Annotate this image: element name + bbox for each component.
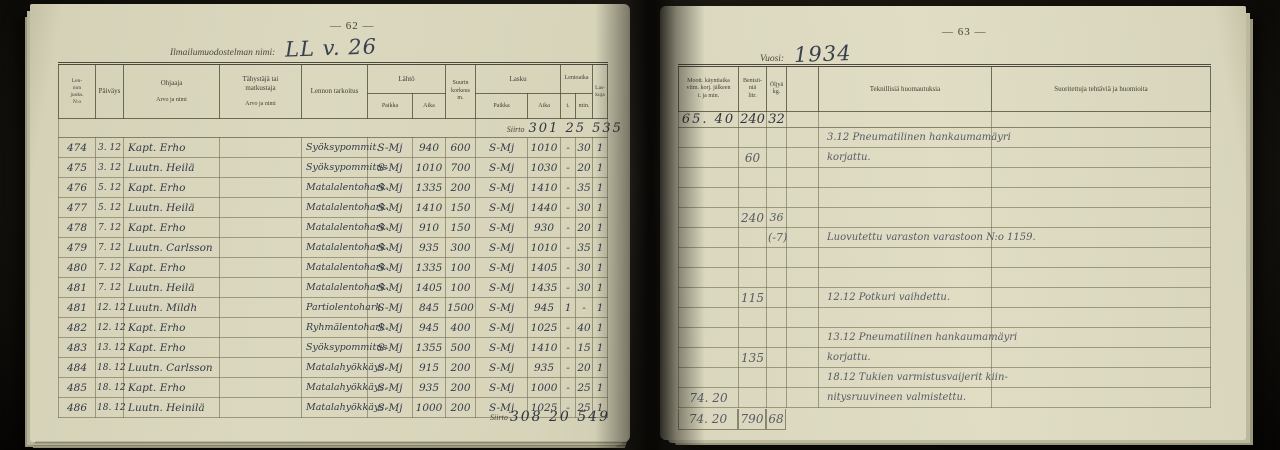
header-hours: t. <box>561 94 576 119</box>
cell-spacer <box>787 128 819 148</box>
cell-engine-time <box>679 288 739 308</box>
cell-purpose: Syöksypommitus <box>302 158 368 178</box>
cell-landing-time: 1410 <box>528 338 561 358</box>
cell-departure-time: 1405 <box>413 278 446 298</box>
flight-log-row: 481 12. 12 Luutn. Mildh Partiolentohark.… <box>59 298 608 318</box>
header-landing-group: Lasku <box>476 64 561 94</box>
carried-forward-row: Siirto 301 25 535 <box>59 119 608 138</box>
cell-tech-remark <box>819 188 992 208</box>
header-departure-place: Paikka <box>368 94 413 119</box>
cell-date: 7. 12 <box>96 278 124 298</box>
cell-hours: - <box>561 198 576 218</box>
cell-purpose: Matalalentohark. <box>302 178 368 198</box>
cell-observer <box>220 138 302 158</box>
cell-minutes: 20 <box>576 158 593 178</box>
cell-observer <box>220 218 302 238</box>
cell-observer <box>220 338 302 358</box>
cell-tech-remark: nitysruuvineen valmistettu. <box>819 388 992 408</box>
cell-departure-time: 940 <box>413 138 446 158</box>
siirto-label-cell: Siirto <box>476 119 528 138</box>
cell-purpose: Partiolentohark. <box>302 298 368 318</box>
header-landing-time: Aika <box>528 94 561 119</box>
cell-tech-remark: korjattu. <box>819 348 992 368</box>
cell-departure-time: 910 <box>413 218 446 238</box>
cell-tasks <box>992 268 1211 288</box>
header-flight-no: Len- non juoks. N:o <box>59 64 96 119</box>
cell-tasks <box>992 308 1211 328</box>
cell-pilot: Luutn. Carlsson <box>124 238 220 258</box>
cell-oil <box>767 148 787 168</box>
cell-pilot: Kapt. Erho <box>124 378 220 398</box>
cell-minutes: 30 <box>576 278 593 298</box>
total-fuel: 790 <box>738 409 766 430</box>
cell-minutes: - <box>576 298 593 318</box>
cell-fuel <box>739 308 767 328</box>
cell-purpose: Matalalentohark. <box>302 278 368 298</box>
cell-purpose: Matalalentohark. <box>302 218 368 238</box>
cell-flight-number: 480 <box>59 258 96 278</box>
engine-log-row: 18.12 Tukien varmistusvaijerit kiin- <box>679 368 1211 388</box>
cell-observer <box>220 358 302 378</box>
cell-date: 3. 12 <box>96 138 124 158</box>
header-landing-place: Paikka <box>476 94 528 119</box>
cell-tasks <box>992 328 1211 348</box>
cell-pilot: Luutn. Heilä <box>124 278 220 298</box>
flight-log-row: 479 7. 12 Luutn. Carlsson Matalalentohar… <box>59 238 608 258</box>
siirto-value-cell: 301 25 535 <box>528 119 608 138</box>
cell-landings: 1 <box>593 298 608 318</box>
cell-landings: 1 <box>593 198 608 218</box>
cell-landings: 1 <box>593 258 608 278</box>
cell-tech-remark: korjattu. <box>819 148 992 168</box>
cell-observer <box>220 298 302 318</box>
header-observer-main: Tähystäjä tai matkustaja <box>221 75 300 93</box>
engine-log-row <box>679 308 1211 328</box>
cell-engine-time <box>679 228 739 248</box>
cell-tasks <box>992 148 1211 168</box>
engine-first-row: 65. 40 240 32 <box>679 112 1211 128</box>
logbook-photo: — 62 — Ilmailumuodostelman nimi:LL v. 26… <box>0 0 1280 450</box>
cell-date: 12. 12 <box>96 318 124 338</box>
cell-oil <box>767 248 787 268</box>
cell-oil <box>767 288 787 308</box>
cell-flight-number: 478 <box>59 218 96 238</box>
cell-oil <box>767 128 787 148</box>
engine-log-row: 74. 20 nitysruuvineen valmistettu. <box>679 388 1211 408</box>
cell-altitude: 150 <box>446 218 476 238</box>
cell-pilot: Kapt. Erho <box>124 178 220 198</box>
cell-tech-remark: 3.12 Pneumatilinen hankaumamäyri <box>819 128 992 148</box>
cell-spacer <box>787 188 819 208</box>
cell-pilot: Kapt. Erho <box>124 318 220 338</box>
formation-name-handwritten: LL v. 26 <box>285 34 378 61</box>
engine-log-row: (-7) Luovutettu varaston varastoon N:o 1… <box>679 228 1211 248</box>
cell-fuel <box>739 268 767 288</box>
cell-pilot: Luutn. Heilä <box>124 158 220 178</box>
header-minutes: min. <box>576 94 593 119</box>
cell-landings: 1 <box>593 158 608 178</box>
cell-minutes: 35 <box>576 238 593 258</box>
formation-name-line: Ilmailumuodostelman nimi:LL v. 26 <box>170 44 377 60</box>
cell-purpose: Matalahyökkäys. <box>302 398 368 418</box>
cell-landing-time: 930 <box>528 218 561 238</box>
header-oil: Öljyä kg. <box>767 66 787 112</box>
cell-minutes: 30 <box>576 198 593 218</box>
cell-altitude: 200 <box>446 178 476 198</box>
header-landings: Las- kuja <box>593 64 608 119</box>
header-pilot-main: Ohjaaja <box>125 79 218 88</box>
cell-departure-time: 915 <box>413 358 446 378</box>
engine-log-row: 3.12 Pneumatilinen hankaumamäyri <box>679 128 1211 148</box>
cell-landing-time: 1030 <box>528 158 561 178</box>
cell-fuel <box>739 228 767 248</box>
cell-minutes: 35 <box>576 178 593 198</box>
cell-hours: - <box>561 158 576 178</box>
cell-date: 3. 12 <box>96 158 124 178</box>
cell-engine-time <box>679 268 739 288</box>
engine-log-row <box>679 248 1211 268</box>
cell-landing-place: S-Mj <box>476 278 528 298</box>
cell-hours: - <box>561 278 576 298</box>
cell-flight-number: 476 <box>59 178 96 198</box>
cell-minutes: 30 <box>576 258 593 278</box>
cell-landing-time: 1440 <box>528 198 561 218</box>
engine-log-table: Moott. käyntiaika viim. korj. jälkeen t.… <box>678 64 1211 408</box>
flight-log-row: 483 13. 12 Kapt. Erho Syöksypommitus S-M… <box>59 338 608 358</box>
header-pilot-sub: Arvo ja nimi <box>125 97 218 105</box>
cell-landing-time: 935 <box>528 358 561 378</box>
cell-altitude: 150 <box>446 198 476 218</box>
cell-engine-time <box>679 128 739 148</box>
cell-landings: 1 <box>593 138 608 158</box>
cell-fuel: 115 <box>739 288 767 308</box>
cell-hours: - <box>561 138 576 158</box>
cell-tasks <box>992 288 1211 308</box>
cell-observer <box>220 198 302 218</box>
cell-departure-time: 1000 <box>413 398 446 418</box>
engine-log-row <box>679 268 1211 288</box>
cell-fuel: 240 <box>739 112 767 128</box>
cell-engine-time <box>679 208 739 228</box>
cell-altitude: 100 <box>446 258 476 278</box>
cell-altitude: 1500 <box>446 298 476 318</box>
cell-fuel: 135 <box>739 348 767 368</box>
engine-log-body: 65. 40 240 32 3.12 Pneumatilinen hankaum… <box>679 112 1211 408</box>
flight-log-body: Siirto 301 25 535 474 3. 12 Kapt. Erho S… <box>59 119 608 418</box>
cell-hours: - <box>561 338 576 358</box>
cell-minutes: 30 <box>576 138 593 158</box>
cell-spacer <box>787 168 819 188</box>
cell-departure-time: 1335 <box>413 178 446 198</box>
engine-log-row: 60 korjattu. <box>679 148 1211 168</box>
cell-landing-place: S-Mj <box>476 138 528 158</box>
cell-landing-place: S-Mj <box>476 238 528 258</box>
cell-date: 7. 12 <box>96 258 124 278</box>
cell-fuel <box>739 128 767 148</box>
header-tasks: Suoritettuja tehtäviä ja huomioita <box>992 66 1211 112</box>
cell-altitude: 500 <box>446 338 476 358</box>
cell-landings: 1 <box>593 358 608 378</box>
flight-log-row: 484 18. 12 Luutn. Carlsson Matalahyökkäy… <box>59 358 608 378</box>
page-stack-edges <box>33 441 628 448</box>
total-oil: 68 <box>766 409 786 430</box>
flight-log-row: 481 7. 12 Luutn. Heilä Matalalentohark. … <box>59 278 608 298</box>
cell-flight-number: 481 <box>59 278 96 298</box>
header-spacer <box>787 66 819 112</box>
cell-departure-time: 945 <box>413 318 446 338</box>
flight-log-row: 485 18. 12 Kapt. Erho Matalahyökkäys. S-… <box>59 378 608 398</box>
cell-purpose: Matalalentohark. <box>302 198 368 218</box>
cell-landing-time: 1435 <box>528 278 561 298</box>
cell-tech-remark <box>819 308 992 328</box>
cell-departure-time: 935 <box>413 378 446 398</box>
cell-landing-place: S-Mj <box>476 358 528 378</box>
cell-spacer <box>787 288 819 308</box>
engine-log-header: Moott. käyntiaika viim. korj. jälkeen t.… <box>679 66 1211 112</box>
cell-fuel <box>739 168 767 188</box>
cell-hours: - <box>561 378 576 398</box>
cell-purpose: Matalahyökkäys. <box>302 358 368 378</box>
engine-log-row: 135 korjattu. <box>679 348 1211 368</box>
cell-hours: - <box>561 358 576 378</box>
cell-departure-time: 935 <box>413 238 446 258</box>
cell-landing-time: 1010 <box>528 138 561 158</box>
engine-log-row: 240 36 <box>679 208 1211 228</box>
cell-engine-time <box>679 168 739 188</box>
cell-spacer <box>787 348 819 368</box>
cell-departure-time: 1335 <box>413 258 446 278</box>
right-page: — 63 — Vuosi:1934 Moott. käyntiaika viim… <box>660 6 1246 440</box>
cell-date: 12. 12 <box>96 298 124 318</box>
cell-tech-remark <box>819 112 992 128</box>
cell-fuel <box>739 188 767 208</box>
cell-engine-time <box>679 248 739 268</box>
flight-log-row: 478 7. 12 Kapt. Erho Matalalentohark. S-… <box>59 218 608 238</box>
cell-spacer <box>787 112 819 128</box>
cell-hours: - <box>561 238 576 258</box>
cell-landing-time: 945 <box>528 298 561 318</box>
cell-date: 5. 12 <box>96 178 124 198</box>
siirto-bottom-label: Siirto <box>490 413 508 422</box>
engine-log-row: 13.12 Pneumatilinen hankaumamäyri <box>679 328 1211 348</box>
cell-tasks <box>992 368 1211 388</box>
cell-pilot: Luutn. Carlsson <box>124 358 220 378</box>
cell-landings: 1 <box>593 178 608 198</box>
cell-altitude: 100 <box>446 278 476 298</box>
cell-tasks <box>992 188 1211 208</box>
cell-landing-time: 1410 <box>528 178 561 198</box>
cell-observer <box>220 398 302 418</box>
header-date: Päiväys <box>96 64 124 119</box>
cell-flight-number: 474 <box>59 138 96 158</box>
cell-flight-number: 475 <box>59 158 96 178</box>
cell-flight-number: 477 <box>59 198 96 218</box>
cell-spacer <box>787 388 819 408</box>
cell-fuel <box>739 388 767 408</box>
engine-totals-row: 74. 20 790 68 <box>678 409 786 430</box>
cell-spacer <box>787 308 819 328</box>
cell-observer <box>220 378 302 398</box>
header-altitude: Suurin korkeus m. <box>446 64 476 119</box>
cell-landings: 1 <box>593 338 608 358</box>
cell-flight-number: 481 <box>59 298 96 318</box>
cell-observer <box>220 258 302 278</box>
cell-altitude: 600 <box>446 138 476 158</box>
flight-log-row: 474 3. 12 Kapt. Erho Syöksypommit. S-Mj … <box>59 138 608 158</box>
left-page-number: — 62 — <box>330 20 375 32</box>
cell-engine-time <box>679 308 739 328</box>
cell-engine-time <box>679 368 739 388</box>
cell-date: 13. 12 <box>96 338 124 358</box>
cell-pilot: Luutn. Heilä <box>124 198 220 218</box>
cell-purpose: Matalalentohark. <box>302 238 368 258</box>
cell-landing-place: S-Mj <box>476 258 528 278</box>
cell-engine-time: 74. 20 <box>679 388 739 408</box>
cell-minutes: 20 <box>576 218 593 238</box>
cell-departure-time: 1010 <box>413 158 446 178</box>
flight-log-row: 476 5. 12 Kapt. Erho Matalalentohark. S-… <box>59 178 608 198</box>
cell-tech-remark <box>819 248 992 268</box>
flight-log-row: 477 5. 12 Luutn. Heilä Matalalentohark. … <box>59 198 608 218</box>
cell-minutes: 25 <box>576 378 593 398</box>
carried-forward-bottom: Siirto 308 20 549 <box>460 409 610 425</box>
header-pilot: Ohjaaja Arvo ja nimi <box>124 64 220 119</box>
cell-departure-time: 845 <box>413 298 446 318</box>
siirto-top-value: 301 25 535 <box>529 121 623 136</box>
cell-landing-time: 1025 <box>528 318 561 338</box>
cell-oil <box>767 348 787 368</box>
header-observer: Tähystäjä tai matkustaja Arvo ja nimi <box>220 64 302 119</box>
cell-hours: - <box>561 218 576 238</box>
flight-log-row: 475 3. 12 Luutn. Heilä Syöksypommitus S-… <box>59 158 608 178</box>
cell-landings: 1 <box>593 378 608 398</box>
cell-purpose: Matalahyökkäys. <box>302 378 368 398</box>
siirto-label: Siirto <box>507 125 525 134</box>
cell-tasks <box>992 388 1211 408</box>
cell-purpose: Syöksypommitus <box>302 338 368 358</box>
cell-tasks <box>992 128 1211 148</box>
cell-engine-time <box>679 148 739 168</box>
cell-landing-time: 1000 <box>528 378 561 398</box>
cell-tech-remark: Luovutettu varaston varastoon N:o 1159. <box>819 228 992 248</box>
formation-name-label: Ilmailumuodostelman nimi: <box>170 48 275 58</box>
cell-altitude: 400 <box>446 318 476 338</box>
cell-departure-time: 1410 <box>413 198 446 218</box>
cell-date: 18. 12 <box>96 378 124 398</box>
cell-oil <box>767 188 787 208</box>
header-purpose: Lennon tarkoitus <box>302 64 368 119</box>
cell-date: 18. 12 <box>96 358 124 378</box>
cell-hours: 1 <box>561 298 576 318</box>
cell-engine-time <box>679 188 739 208</box>
cell-oil <box>767 308 787 328</box>
header-fuel: Bentsii- niä litr. <box>739 66 767 112</box>
flight-log-header: Len- non juoks. N:o Päiväys Ohjaaja Arvo… <box>59 64 608 119</box>
cell-hours: - <box>561 258 576 278</box>
cell-spacer <box>787 248 819 268</box>
header-departure-group: Lähtö <box>368 64 446 94</box>
cell-spacer <box>787 328 819 348</box>
header-flighttime-group: Lentoaika <box>561 64 593 94</box>
cell-oil <box>767 388 787 408</box>
cell-tech-remark <box>819 208 992 228</box>
cell-tech-remark: 13.12 Pneumatilinen hankaumamäyri <box>819 328 992 348</box>
cell-landing-place: S-Mj <box>476 218 528 238</box>
cell-tasks <box>992 348 1211 368</box>
cell-minutes: 40 <box>576 318 593 338</box>
cell-minutes: 15 <box>576 338 593 358</box>
cell-flight-number: 484 <box>59 358 96 378</box>
cell-observer <box>220 238 302 258</box>
cell-engine-time: 65. 40 <box>679 112 739 128</box>
cell-oil <box>767 168 787 188</box>
cell-altitude: 300 <box>446 238 476 258</box>
cell-fuel <box>739 368 767 388</box>
cell-tasks <box>992 168 1211 188</box>
cell-tech-remark <box>819 168 992 188</box>
cell-landing-time: 1010 <box>528 238 561 258</box>
header-departure-time: Aika <box>413 94 446 119</box>
year-label: Vuosi: <box>760 54 784 64</box>
cell-date: 7. 12 <box>96 218 124 238</box>
cell-landing-place: S-Mj <box>476 158 528 178</box>
cell-departure-time: 1355 <box>413 338 446 358</box>
cell-oil: 36 <box>767 208 787 228</box>
cell-spacer <box>787 148 819 168</box>
cell-flight-number: 486 <box>59 398 96 418</box>
cell-engine-time <box>679 328 739 348</box>
flight-log-row: 482 12. 12 Kapt. Erho Ryhmälentohark. S-… <box>59 318 608 338</box>
engine-log-row <box>679 168 1211 188</box>
cell-landing-place: S-Mj <box>476 318 528 338</box>
cell-oil: (-7) <box>767 228 787 248</box>
cell-observer <box>220 318 302 338</box>
cell-flight-number: 483 <box>59 338 96 358</box>
cell-observer <box>220 278 302 298</box>
cell-flight-number: 485 <box>59 378 96 398</box>
cell-observer <box>220 158 302 178</box>
cell-pilot: Kapt. Erho <box>124 138 220 158</box>
cell-hours: - <box>561 318 576 338</box>
cell-pilot: Luutn. Heinilä <box>124 398 220 418</box>
cell-landing-place: S-Mj <box>476 378 528 398</box>
cell-fuel: 60 <box>739 148 767 168</box>
cell-fuel <box>739 328 767 348</box>
cell-tech-remark: 18.12 Tukien varmistusvaijerit kiin- <box>819 368 992 388</box>
cell-observer <box>220 178 302 198</box>
cell-purpose: Matalalentohark. <box>302 258 368 278</box>
cell-tech-remark <box>819 268 992 288</box>
cell-date: 7. 12 <box>96 238 124 258</box>
cell-pilot: Luutn. Mildh <box>124 298 220 318</box>
cell-landing-time: 1405 <box>528 258 561 278</box>
left-page: — 62 — Ilmailumuodostelman nimi:LL v. 26… <box>30 4 630 442</box>
cell-spacer <box>787 268 819 288</box>
cell-spacer <box>787 228 819 248</box>
cell-spacer <box>787 208 819 228</box>
cell-landing-place: S-Mj <box>476 298 528 318</box>
cell-tasks <box>992 208 1211 228</box>
cell-minutes: 20 <box>576 358 593 378</box>
right-page-number: — 63 — <box>942 26 987 38</box>
header-tech-remarks: Teknillisiä huomautuksia <box>819 66 992 112</box>
cell-pilot: Kapt. Erho <box>124 338 220 358</box>
cell-landings: 1 <box>593 238 608 258</box>
cell-landing-place: S-Mj <box>476 198 528 218</box>
cell-fuel: 240 <box>739 208 767 228</box>
cell-tech-remark: 12.12 Potkuri vaihdettu. <box>819 288 992 308</box>
cell-flight-number: 479 <box>59 238 96 258</box>
